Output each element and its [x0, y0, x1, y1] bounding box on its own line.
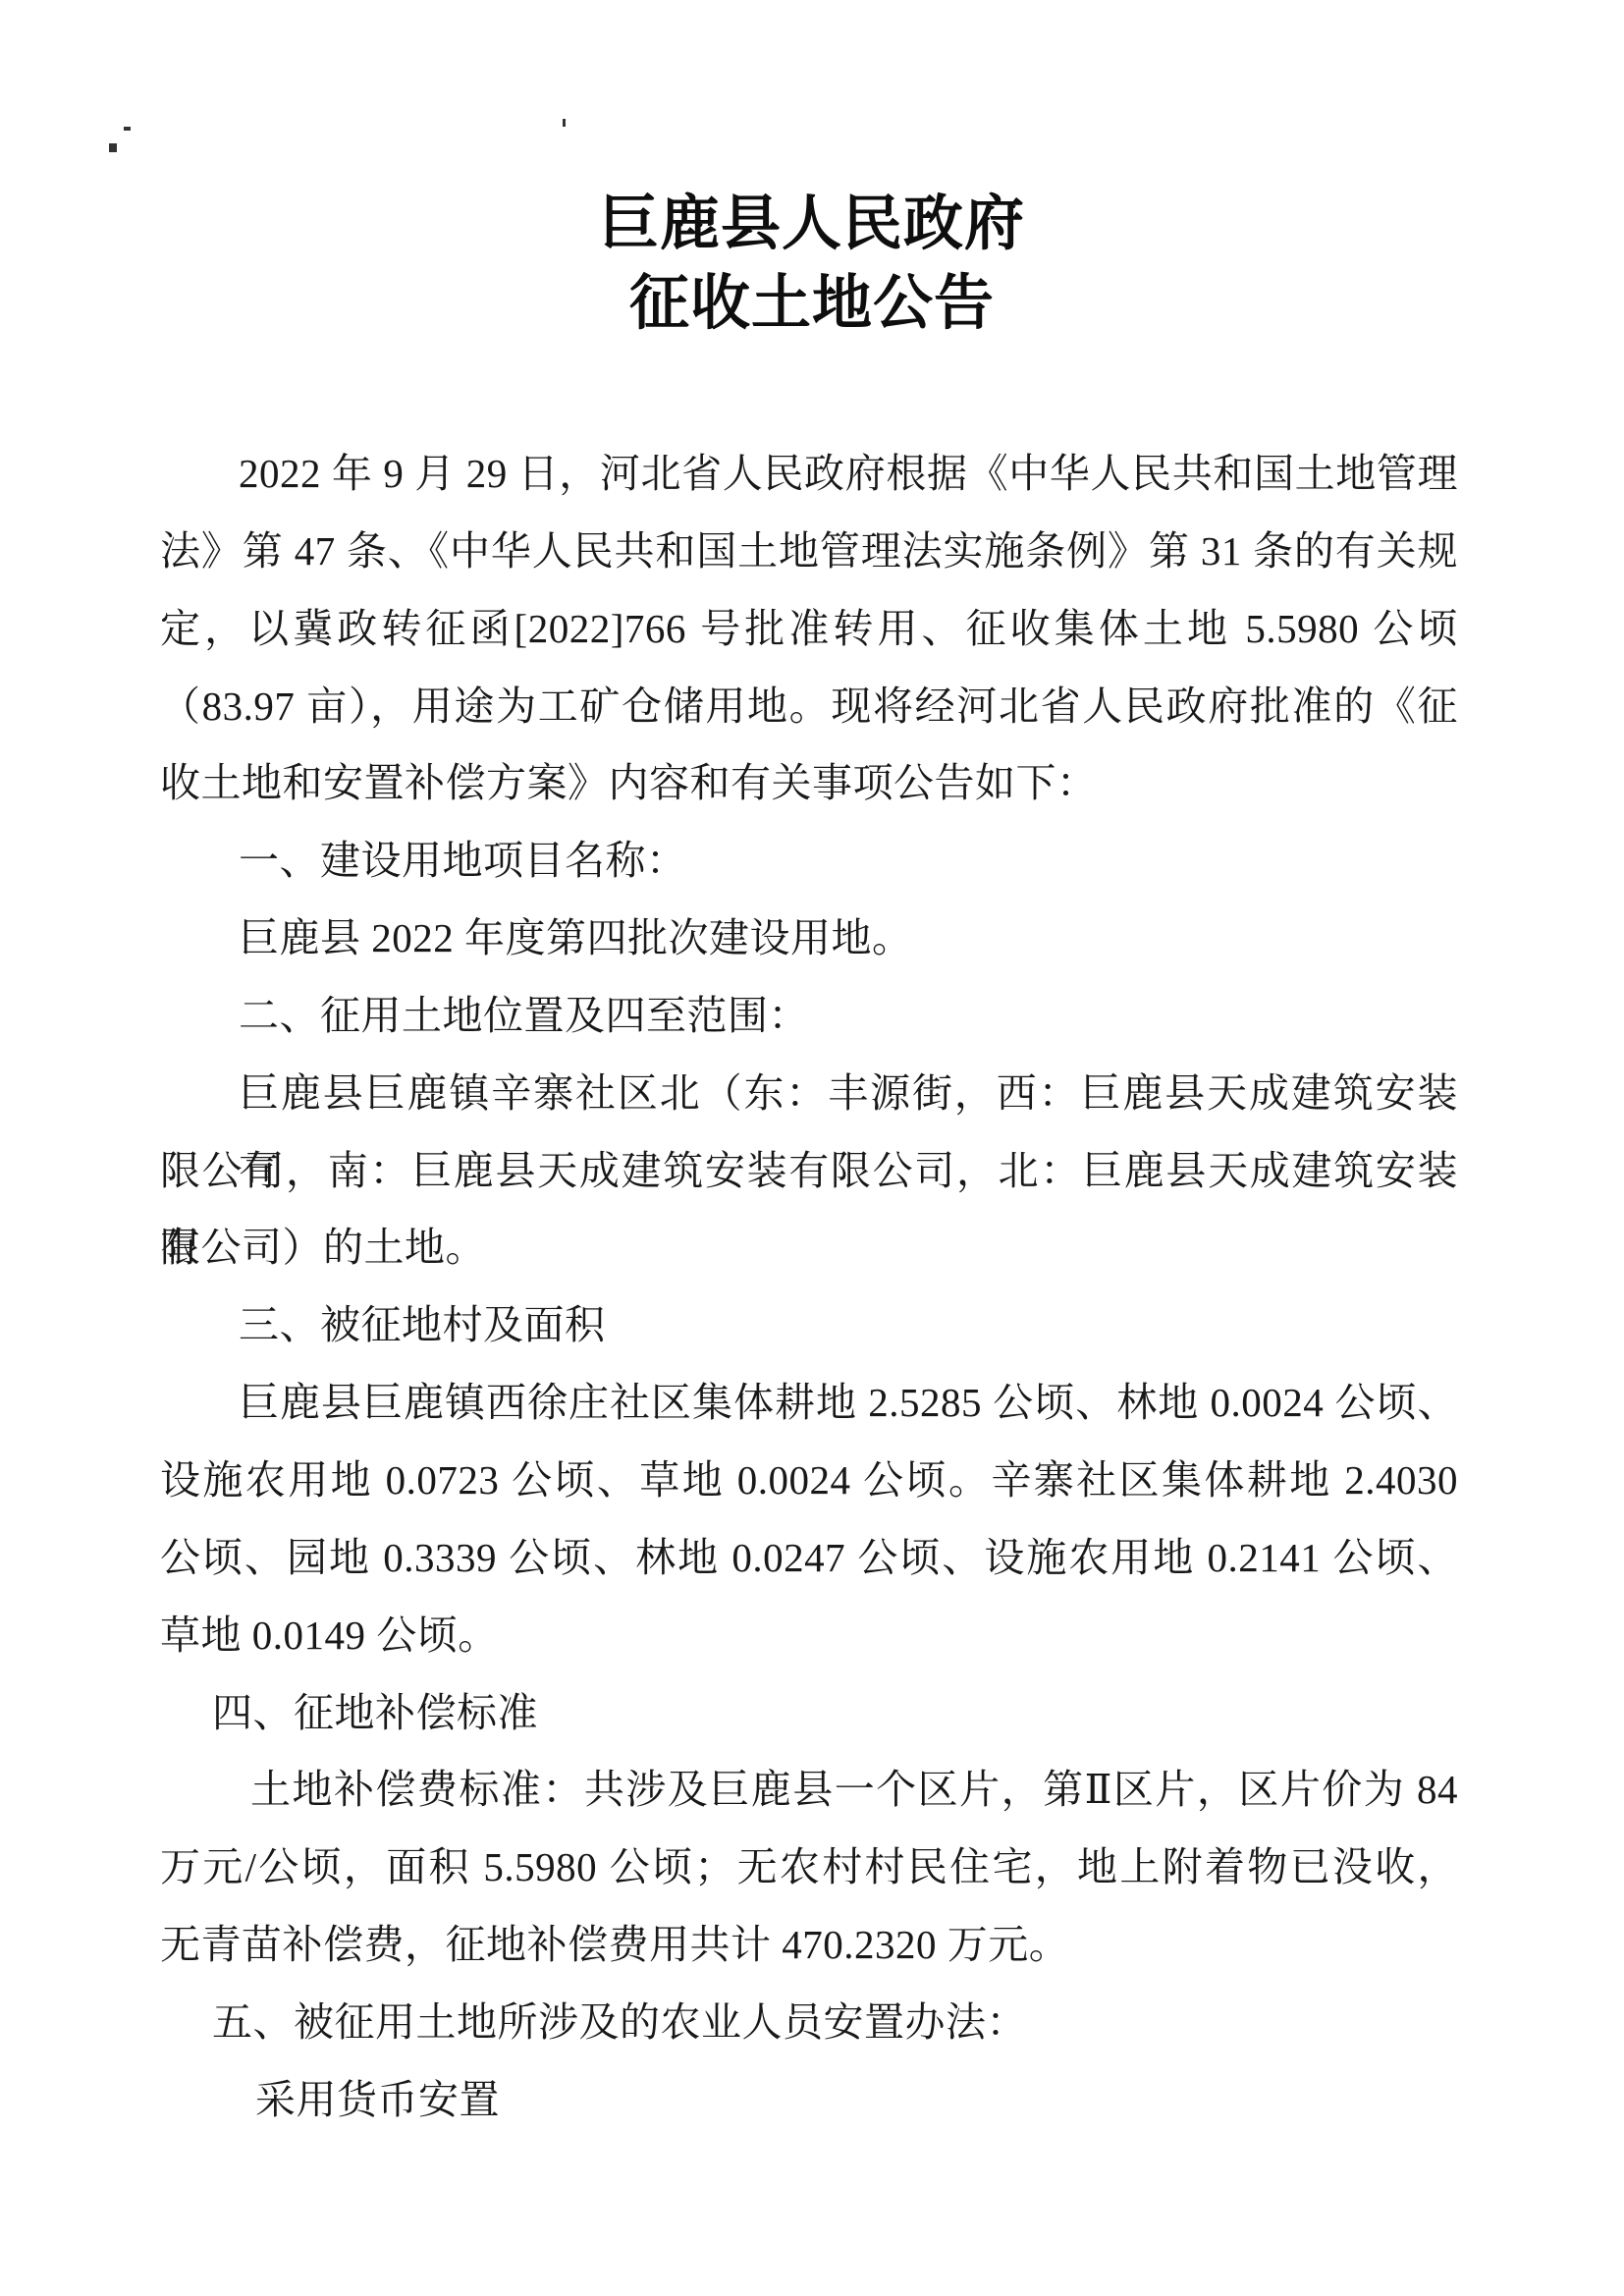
- document-line: 无青苗补偿费，征地补偿费用共计 470.2320 万元。: [160, 1906, 1458, 1984]
- document-line: 二、征用土地位置及四至范围：: [160, 977, 1458, 1055]
- scan-artifact-dot: [124, 127, 131, 131]
- document-title-line2: 征收土地公告: [0, 264, 1624, 344]
- document-line: 采用货币安置: [160, 2061, 1458, 2139]
- scanned-document-page: 巨鹿县人民政府 征收土地公告 2022 年 9 月 29 日，河北省人民政府根据…: [0, 0, 1624, 2296]
- document-line: （83.97 亩），用途为工矿仓储用地。现将经河北省人民政府批准的《征: [160, 668, 1458, 745]
- scan-artifact-dot: [563, 119, 566, 127]
- document-line: 土地补偿费标准：共涉及巨鹿县一个区片，第Ⅱ区片，区片价为 84: [160, 1751, 1458, 1829]
- document-title-line1: 巨鹿县人民政府: [0, 185, 1624, 264]
- document-line: 2022 年 9 月 29 日，河北省人民政府根据《中华人民共和国土地管理: [160, 435, 1458, 513]
- document-line: 一、建设用地项目名称：: [160, 822, 1458, 900]
- document-line: 三、被征地村及面积: [160, 1286, 1458, 1364]
- document-line: 限公司）的土地。: [160, 1209, 1458, 1286]
- document-line: 五、被征用土地所涉及的农业人员安置办法：: [160, 1984, 1458, 2061]
- document-body: 2022 年 9 月 29 日，河北省人民政府根据《中华人民共和国土地管理法》第…: [160, 435, 1458, 2139]
- document-line: 限公司，南：巨鹿县天成建筑安装有限公司，北：巨鹿县天成建筑安装有: [160, 1132, 1458, 1210]
- document-line: 草地 0.0149 公顷。: [160, 1597, 1458, 1674]
- document-line: 四、征地补偿标准: [160, 1674, 1458, 1752]
- document-line: 巨鹿县巨鹿镇西徐庄社区集体耕地 2.5285 公顷、林地 0.0024 公顷、: [160, 1364, 1458, 1442]
- document-title: 巨鹿县人民政府 征收土地公告: [0, 185, 1624, 344]
- document-line: 公顷、园地 0.3339 公顷、林地 0.0247 公顷、设施农用地 0.214…: [160, 1519, 1458, 1597]
- document-line: 收土地和安置补偿方案》内容和有关事项公告如下：: [160, 744, 1458, 822]
- document-line: 巨鹿县巨鹿镇辛寨社区北（东：丰源街，西：巨鹿县天成建筑安装有: [160, 1055, 1458, 1132]
- document-line: 定，以冀政转征函[2022]766 号批准转用、征收集体土地 5.5980 公顷: [160, 590, 1458, 668]
- scan-artifact-dot: [109, 143, 117, 152]
- document-line: 设施农用地 0.0723 公顷、草地 0.0024 公顷。辛寨社区集体耕地 2.…: [160, 1442, 1458, 1519]
- document-line: 巨鹿县 2022 年度第四批次建设用地。: [160, 900, 1458, 977]
- document-line: 万元/公顷，面积 5.5980 公顷；无农村村民住宅，地上附着物已没收，: [160, 1829, 1458, 1906]
- document-line: 法》第 47 条、《中华人民共和国土地管理法实施条例》第 31 条的有关规: [160, 513, 1458, 590]
